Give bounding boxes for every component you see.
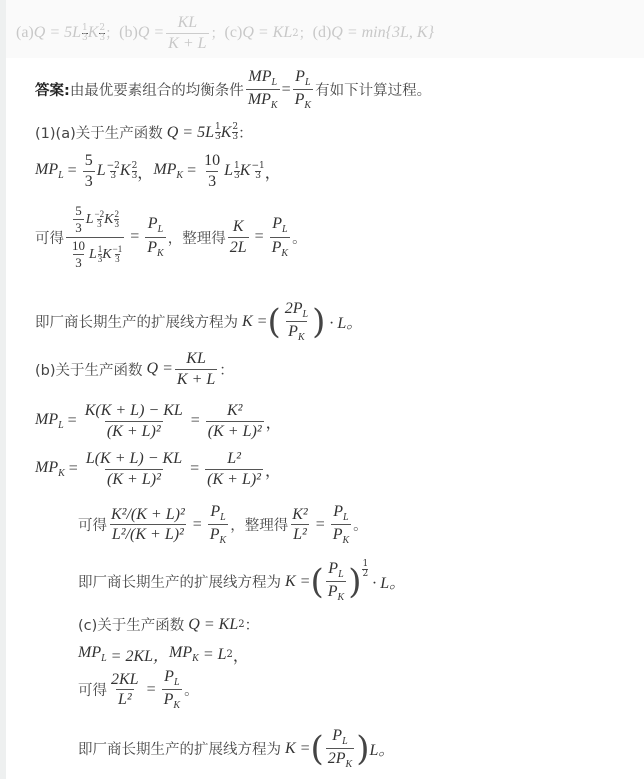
period: 。 <box>292 227 307 248</box>
term: L <box>224 162 233 180</box>
subscript: K <box>173 700 180 711</box>
frac-den: (K + L)² <box>105 469 163 489</box>
heading-text: (c)关于生产函数 <box>78 614 184 635</box>
expansion-lhs: K = <box>285 740 310 758</box>
mpk-label: MP <box>153 161 176 178</box>
subscript: K <box>338 592 345 603</box>
frac-den: 2L <box>228 237 249 257</box>
part-b-expansion: 即厂商长期生产的扩展线方程为 K = ( PLPK ) 12 · L。 <box>78 560 405 603</box>
frac-num: P <box>148 215 158 232</box>
frac-den: P <box>210 526 220 543</box>
frac-num: P <box>328 560 338 577</box>
frac-den: 3 <box>83 171 95 191</box>
separator: ； <box>105 23 119 43</box>
period: 。 <box>184 679 199 700</box>
question-a-expr: Q = 5L <box>34 24 81 42</box>
frac-num: P <box>210 503 220 520</box>
frac-num: K²/(K + L)² <box>109 506 187 525</box>
frac-num: KL <box>176 14 200 33</box>
mpl-label: MP <box>78 644 101 661</box>
separator: ； <box>211 23 225 43</box>
expansion-tail: L。 <box>369 737 394 760</box>
subscript: K <box>157 248 164 259</box>
derive-prefix: 可得 <box>78 514 107 535</box>
frac-num: L² <box>225 450 243 469</box>
part-c-heading: (c)关于生产函数 Q = KL2 ： <box>78 614 259 635</box>
colon: ： <box>219 359 234 380</box>
mpl-label: MP <box>35 411 58 428</box>
subscript: K <box>346 759 353 770</box>
heading-text: (1)(a)关于生产函数 <box>35 122 163 143</box>
frac-den: L² <box>116 689 134 709</box>
frac-den: P <box>164 691 174 708</box>
mpk-label: MP <box>169 644 192 661</box>
subscript: K <box>304 100 311 111</box>
subscript: L <box>158 225 164 236</box>
subscript: L <box>342 736 348 747</box>
frac-den: (K + L)² <box>206 421 264 441</box>
subscript: K <box>298 332 305 343</box>
subscript: L <box>271 77 277 88</box>
frac-num: 5 <box>83 152 95 171</box>
question-d-expr: Q = min{3L, K} <box>331 24 434 42</box>
mpl-value: = 2KL， <box>111 643 169 666</box>
term: L <box>97 162 106 180</box>
frac-den: (K + L)² <box>105 421 163 441</box>
part-a-derivation: 可得 53 L−23 K23 103 L13 K−13 = PLPK ，整理得 … <box>35 204 307 270</box>
colon: ： <box>245 614 260 635</box>
frac-num: L(K + L) − KL <box>84 450 184 469</box>
frac-num: P <box>164 668 174 685</box>
frac-den: 2P <box>328 750 346 767</box>
expansion-tail: · L。 <box>372 570 405 593</box>
expansion-text: 即厂商长期生产的扩展线方程为 <box>78 738 281 759</box>
question-c-expr: Q = KL <box>242 24 292 42</box>
frac-den: (K + L)² <box>205 469 263 489</box>
expansion-lhs: K = <box>285 573 310 591</box>
term: K <box>240 162 251 180</box>
part-c-expansion: 即厂商长期生产的扩展线方程为 K = ( PL2PK ) L。 <box>78 727 394 770</box>
heading-text: (b)关于生产函数 <box>35 359 143 380</box>
derive-prefix: 可得 <box>35 227 64 248</box>
frac-den: P <box>295 91 305 108</box>
term: K <box>120 162 131 180</box>
expansion-tail: · L。 <box>329 310 362 333</box>
equals: = <box>282 81 291 99</box>
subscript: K <box>176 170 183 181</box>
part-a-mp-line: MPL = 53 L −23 K 23 ， MPK = 103 L 13 K −… <box>35 152 281 190</box>
expansion-lhs: K = <box>242 313 267 331</box>
frac-den: L² <box>291 524 309 544</box>
answer-intro: 答案: 由最优要素组合的均衡条件 MPLMPK = PLPK 有如下计算过程。 <box>35 68 431 111</box>
comma: ， <box>265 160 281 183</box>
subscript: L <box>174 677 180 688</box>
colon: ： <box>238 122 253 143</box>
mpk-value: = L <box>203 646 227 664</box>
question-a-label: (a) <box>16 24 34 42</box>
question-c-label: (c) <box>225 24 243 42</box>
function-k: K <box>221 124 232 142</box>
frac-num: 2P <box>285 300 303 317</box>
frac-den: P <box>147 239 157 256</box>
frac-den: P <box>288 323 298 340</box>
frac-num: 10 <box>202 152 222 171</box>
function-expr: Q = 5L <box>167 124 214 142</box>
frac-num: K² <box>290 506 309 525</box>
frac-den: MP <box>248 91 271 108</box>
question-b-label: (b) <box>119 24 138 42</box>
comma: ， <box>265 458 281 481</box>
frac-den: K + L <box>175 369 217 389</box>
question-d-label: (d) <box>313 24 332 42</box>
expansion-text: 即厂商长期生产的扩展线方程为 <box>78 571 281 592</box>
question-a-k: K <box>88 24 99 42</box>
part-b-mpk: MPK = L(K + L) − KL(K + L)² = L²(K + L)²… <box>35 450 281 488</box>
derive-mid: ，整理得 <box>168 227 226 248</box>
frac-num: 2KL <box>109 671 141 690</box>
exp-den: 3 <box>255 171 261 181</box>
exp-den: 3 <box>110 171 116 181</box>
subscript: L <box>303 309 309 320</box>
derive-prefix: 可得 <box>78 679 107 700</box>
mpl-label: MP <box>35 161 58 178</box>
part-a-expansion: 即厂商长期生产的扩展线方程为 K = ( 2PLPK ) · L。 <box>35 300 362 343</box>
expansion-text: 即厂商长期生产的扩展线方程为 <box>35 311 238 332</box>
frac-num: K <box>231 218 246 237</box>
function-expr: Q = KL <box>188 616 238 634</box>
question-line: (a) Q = 5L 13 K 23 ； (b) Q = KLK + L ； (… <box>16 14 434 52</box>
frac-den: L²/(K + L)² <box>110 524 186 544</box>
frac-num: P <box>295 68 305 85</box>
subscript: K <box>220 535 227 546</box>
comma: ， <box>266 410 282 433</box>
comma: ， <box>137 160 153 183</box>
comma: ， <box>233 643 249 666</box>
derive-mid: ，整理得 <box>230 514 288 535</box>
intro-text: 由最优要素组合的均衡条件 <box>70 79 244 100</box>
page-left-margin <box>0 0 6 779</box>
part-b-mpl: MPL = K(K + L) − KL(K + L)² = K²(K + L)²… <box>35 402 282 440</box>
separator: ； <box>299 23 313 43</box>
part-b-heading: (b)关于生产函数 Q = KLK + L ： <box>35 350 234 388</box>
subscript: K <box>192 654 199 665</box>
subscript: K <box>271 100 278 111</box>
function-q: Q = <box>147 360 173 378</box>
part-c-derivation: 可得 2KLL² = PLPK 。 <box>78 668 199 711</box>
frac-den: P <box>328 583 338 600</box>
frac-num: KL <box>184 350 208 369</box>
answer-label: 答案: <box>35 79 70 100</box>
subscript: K <box>58 468 65 479</box>
exp-sign: − <box>251 161 259 171</box>
frac-num: P <box>332 727 342 744</box>
exp-num: 1 <box>362 560 368 569</box>
part-c-mp-line: MPL = 2KL， MPK = L2 ， <box>78 643 249 666</box>
frac-den: 3 <box>206 171 218 191</box>
period: 。 <box>353 514 368 535</box>
mpk-label: MP <box>35 459 58 476</box>
part-b-derivation: 可得 K²/(K + L)²L²/(K + L)² = PLPK ，整理得 K²… <box>78 503 368 546</box>
frac-num: K² <box>225 402 244 421</box>
subscript: L <box>338 569 344 580</box>
question-b-q: Q = <box>138 24 164 42</box>
frac-num: MP <box>248 68 271 85</box>
frac-den: K + L <box>166 33 208 53</box>
frac-num: K(K + L) − KL <box>83 402 185 421</box>
intro-text-end: 有如下计算过程。 <box>315 79 431 100</box>
subscript: L <box>220 512 226 523</box>
subscript: L <box>305 77 311 88</box>
part-a-heading: (1)(a)关于生产函数 Q = 5L 13 K 23 ： <box>35 122 253 143</box>
